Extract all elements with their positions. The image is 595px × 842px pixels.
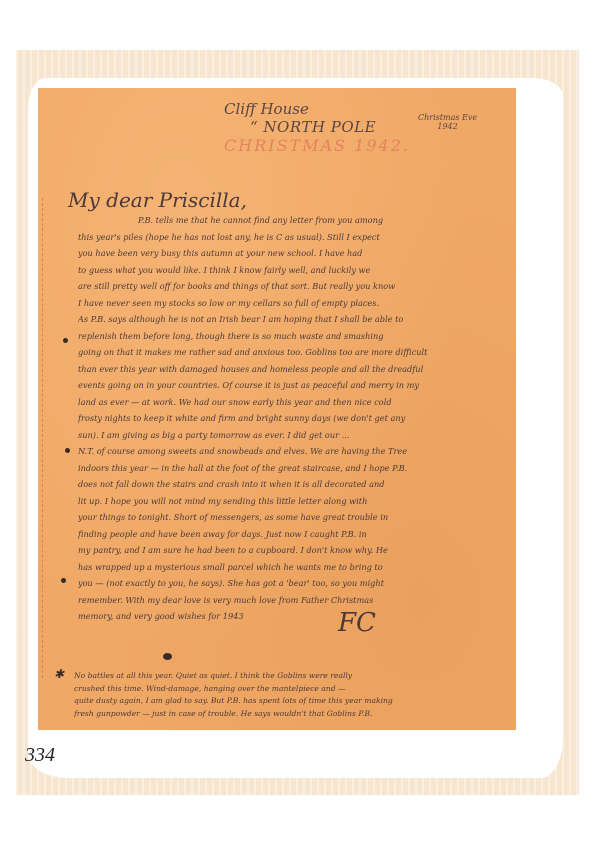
greeting: My dear Priscilla, (68, 188, 247, 212)
address-line-2: “ NORTH POLE (250, 118, 376, 136)
body-line: does not fall down the stairs and crash … (78, 476, 508, 493)
body-line: my pantry, and I am sure he had been to … (78, 542, 508, 559)
holly-berry-icon (163, 653, 172, 660)
body-line: you — (not exactly to you, he says). She… (78, 575, 508, 592)
body-line: to guess what you would like. I think I … (78, 262, 508, 279)
postscript-line: quite dusty again, I am glad to say. But… (74, 695, 514, 708)
body-line: sun). I am giving as big a party tomorro… (78, 427, 508, 444)
body-line: events going on in your countries. Of co… (78, 377, 508, 394)
body-line: P.B. tells me that he cannot find any le… (78, 212, 508, 229)
body-line: I have never seen my stocks so low or my… (78, 295, 508, 312)
letter-sheet: Cliff House “ NORTH POLE CHRISTMAS 1942.… (38, 88, 516, 730)
body-line: this year's piles (hope he has not lost … (78, 229, 508, 246)
body-line: frosty nights to keep it white and firm … (78, 410, 508, 427)
body-line: indoors this year — in the hall at the f… (78, 460, 508, 477)
christmas-heading: CHRISTMAS 1942. (224, 136, 410, 155)
holly-berry-icon (61, 578, 66, 583)
body-line: N.T. of course among sweets and snowbead… (78, 443, 508, 460)
date-note: Christmas Eve 1942 (418, 113, 477, 131)
page-number: 334 (25, 744, 55, 767)
postscript-line: No battles at all this year. Quiet as qu… (74, 670, 514, 683)
body-line: memory, and very good wishes for 1943 (78, 608, 508, 625)
body-line: has wrapped up a mysterious small parcel… (78, 559, 508, 576)
body-line: replenish them before long, though there… (78, 328, 508, 345)
signature-monogram: FC (338, 608, 376, 638)
body-line: land as ever — at work. We had our snow … (78, 394, 508, 411)
date-note-line-2: 1942 (418, 122, 477, 131)
body-line: going on that it makes me rather sad and… (78, 344, 508, 361)
body-line: than ever this year with damaged houses … (78, 361, 508, 378)
letter-body: P.B. tells me that he cannot find any le… (78, 212, 508, 625)
body-line: As P.B. says although he is not an Irish… (78, 311, 508, 328)
asterisk-icon: ✱ (54, 668, 64, 681)
body-line: you have been very busy this autumn at y… (78, 245, 508, 262)
body-line: are still pretty well off for books and … (78, 278, 508, 295)
postscript-line: crushed this time. Wind-damage, hanging … (74, 683, 514, 696)
postscript: ✱ No battles at all this year. Quiet as … (74, 670, 514, 720)
date-note-line-1: Christmas Eve (418, 113, 477, 122)
decorative-vine-border (42, 198, 73, 678)
body-line: your things to tonight. Short of messeng… (78, 509, 508, 526)
holly-berry-icon (65, 448, 70, 453)
body-line: lit up. I hope you will not mind my send… (78, 493, 508, 510)
body-line: finding people and have been away for da… (78, 526, 508, 543)
address-line-1: Cliff House (224, 100, 309, 118)
body-line: remember. With my dear love is very much… (78, 592, 508, 609)
holly-berry-icon (63, 338, 68, 343)
postscript-line: fresh gunpowder — just in case of troubl… (74, 708, 514, 721)
